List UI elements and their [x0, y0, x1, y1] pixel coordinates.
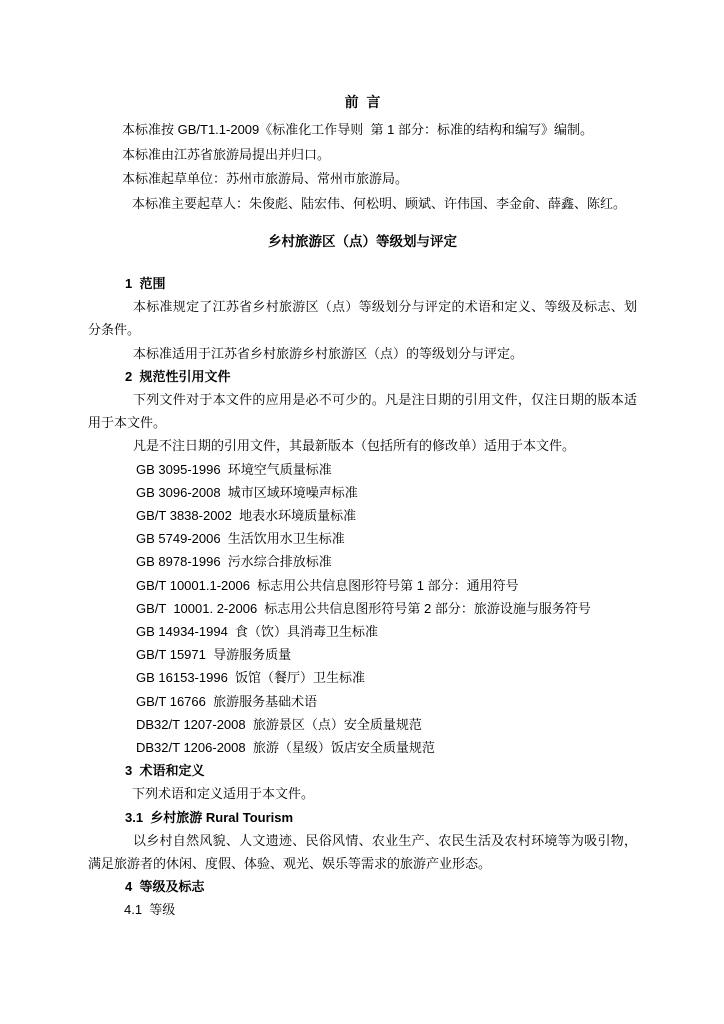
reference-item: GB/T 16766 旅游服务基础术语	[88, 690, 637, 713]
foreword-paragraph-proposer: 本标准由江苏省旅游局提出并归口。	[88, 143, 637, 168]
reference-item: GB 3095-1996 环境空气质量标准	[88, 458, 637, 481]
reference-item: GB/T 3838-2002 地表水环境质量标准	[88, 504, 637, 527]
reference-item: DB32/T 1207-2008 旅游景区（点）安全质量规范	[88, 713, 637, 736]
foreword-paragraph-drafters: 本标准主要起草人：朱俊彪、陆宏伟、何松明、顾斌、许伟国、李金俞、薛鑫、陈红。	[88, 192, 637, 217]
normative-reference-list: GB 3095-1996 环境空气质量标准 GB 3096-2008 城市区域环…	[88, 458, 637, 760]
reference-item: GB 16153-1996 饭馆（餐厅）卫生标准	[88, 666, 637, 689]
foreword-paragraph-compilation: 本标准按 GB/T1.1-2009《标准化工作导则 第 1 部分：标准的结构和编…	[88, 118, 637, 143]
reference-item: GB 5749-2006 生活饮用水卫生标准	[88, 527, 637, 550]
foreword-title: 前 言	[88, 92, 637, 112]
document-page: 前 言 本标准按 GB/T1.1-2009《标准化工作导则 第 1 部分：标准的…	[0, 0, 724, 1024]
reference-item: GB 14934-1994 食（饮）具消毒卫生标准	[88, 620, 637, 643]
section-2-normative-references-heading: 2 规范性引用文件	[88, 365, 637, 388]
section-4-grades-heading: 4 等级及标志	[88, 875, 637, 898]
reference-item: GB/T 10001.1-2006 标志用公共信息图形符号第 1 部分：通用符号	[88, 574, 637, 597]
normative-references-paragraph-1: 下列文件对于本文件的应用是必不可少的。凡是注日期的引用文件，仅注日期的版本适用于…	[88, 388, 637, 434]
page-content: 前 言 本标准按 GB/T1.1-2009《标准化工作导则 第 1 部分：标准的…	[88, 92, 637, 922]
scope-paragraph-2: 本标准适用于江苏省乡村旅游乡村旅游区（点）的等级划分与评定。	[88, 342, 637, 365]
section-3-terms-heading: 3 术语和定义	[88, 759, 637, 782]
reference-item: DB32/T 1206-2008 旅游（星级）饭店安全质量规范	[88, 736, 637, 759]
section-1-scope-heading: 1 范围	[88, 272, 637, 295]
terms-intro: 下列术语和定义适用于本文件。	[88, 782, 637, 805]
section-4-1-grade-subheading: 4.1 等级	[88, 898, 637, 921]
standard-title: 乡村旅游区（点）等级划与评定	[88, 232, 637, 252]
foreword-paragraph-drafting-units: 本标准起草单位：苏州市旅游局、常州市旅游局。	[88, 167, 637, 192]
section-3-1-rural-tourism-heading: 3.1 乡村旅游 Rural Tourism	[88, 806, 637, 829]
reference-item: GB 3096-2008 城市区域环境噪声标准	[88, 481, 637, 504]
normative-references-paragraph-2: 凡是不注日期的引用文件，其最新版本（包括所有的修改单）适用于本文件。	[88, 434, 637, 457]
reference-item: GB/T 15971 导游服务质量	[88, 643, 637, 666]
rural-tourism-definition: 以乡村自然风貌、人文遗迹、民俗风情、农业生产、农民生活及农村环境等为吸引物，满足…	[88, 829, 637, 875]
scope-paragraph-1: 本标准规定了江苏省乡村旅游区（点）等级划分与评定的术语和定义、等级及标志、划分条…	[88, 295, 637, 341]
reference-item: GB/T 10001. 2-2006 标志用公共信息图形符号第 2 部分：旅游设…	[88, 597, 637, 620]
reference-item: GB 8978-1996 污水综合排放标准	[88, 550, 637, 573]
